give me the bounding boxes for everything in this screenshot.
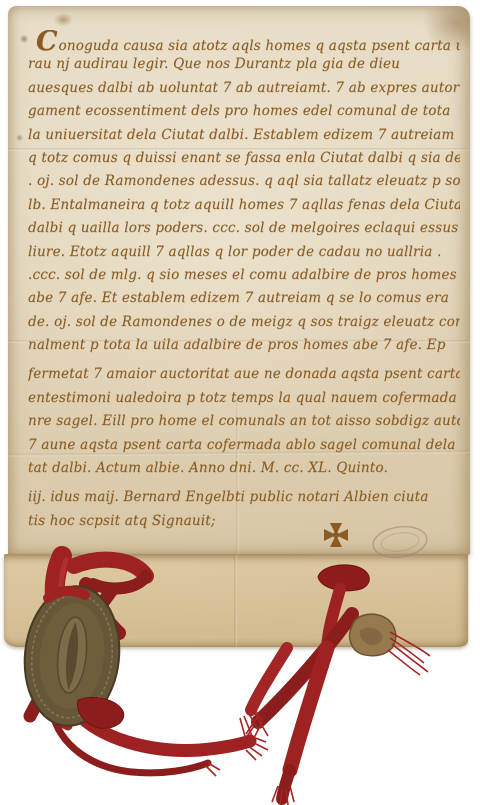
charter-photograph: Conoguda causa sia atotz aqls homes q aq…	[0, 0, 480, 805]
seals-and-ribbons	[0, 0, 480, 805]
archive-stamp	[371, 523, 429, 560]
ribbon-band	[74, 560, 146, 576]
amber-wax-fragment	[350, 614, 396, 656]
ribbon-band	[93, 576, 146, 588]
middle-ribbons	[251, 589, 352, 799]
